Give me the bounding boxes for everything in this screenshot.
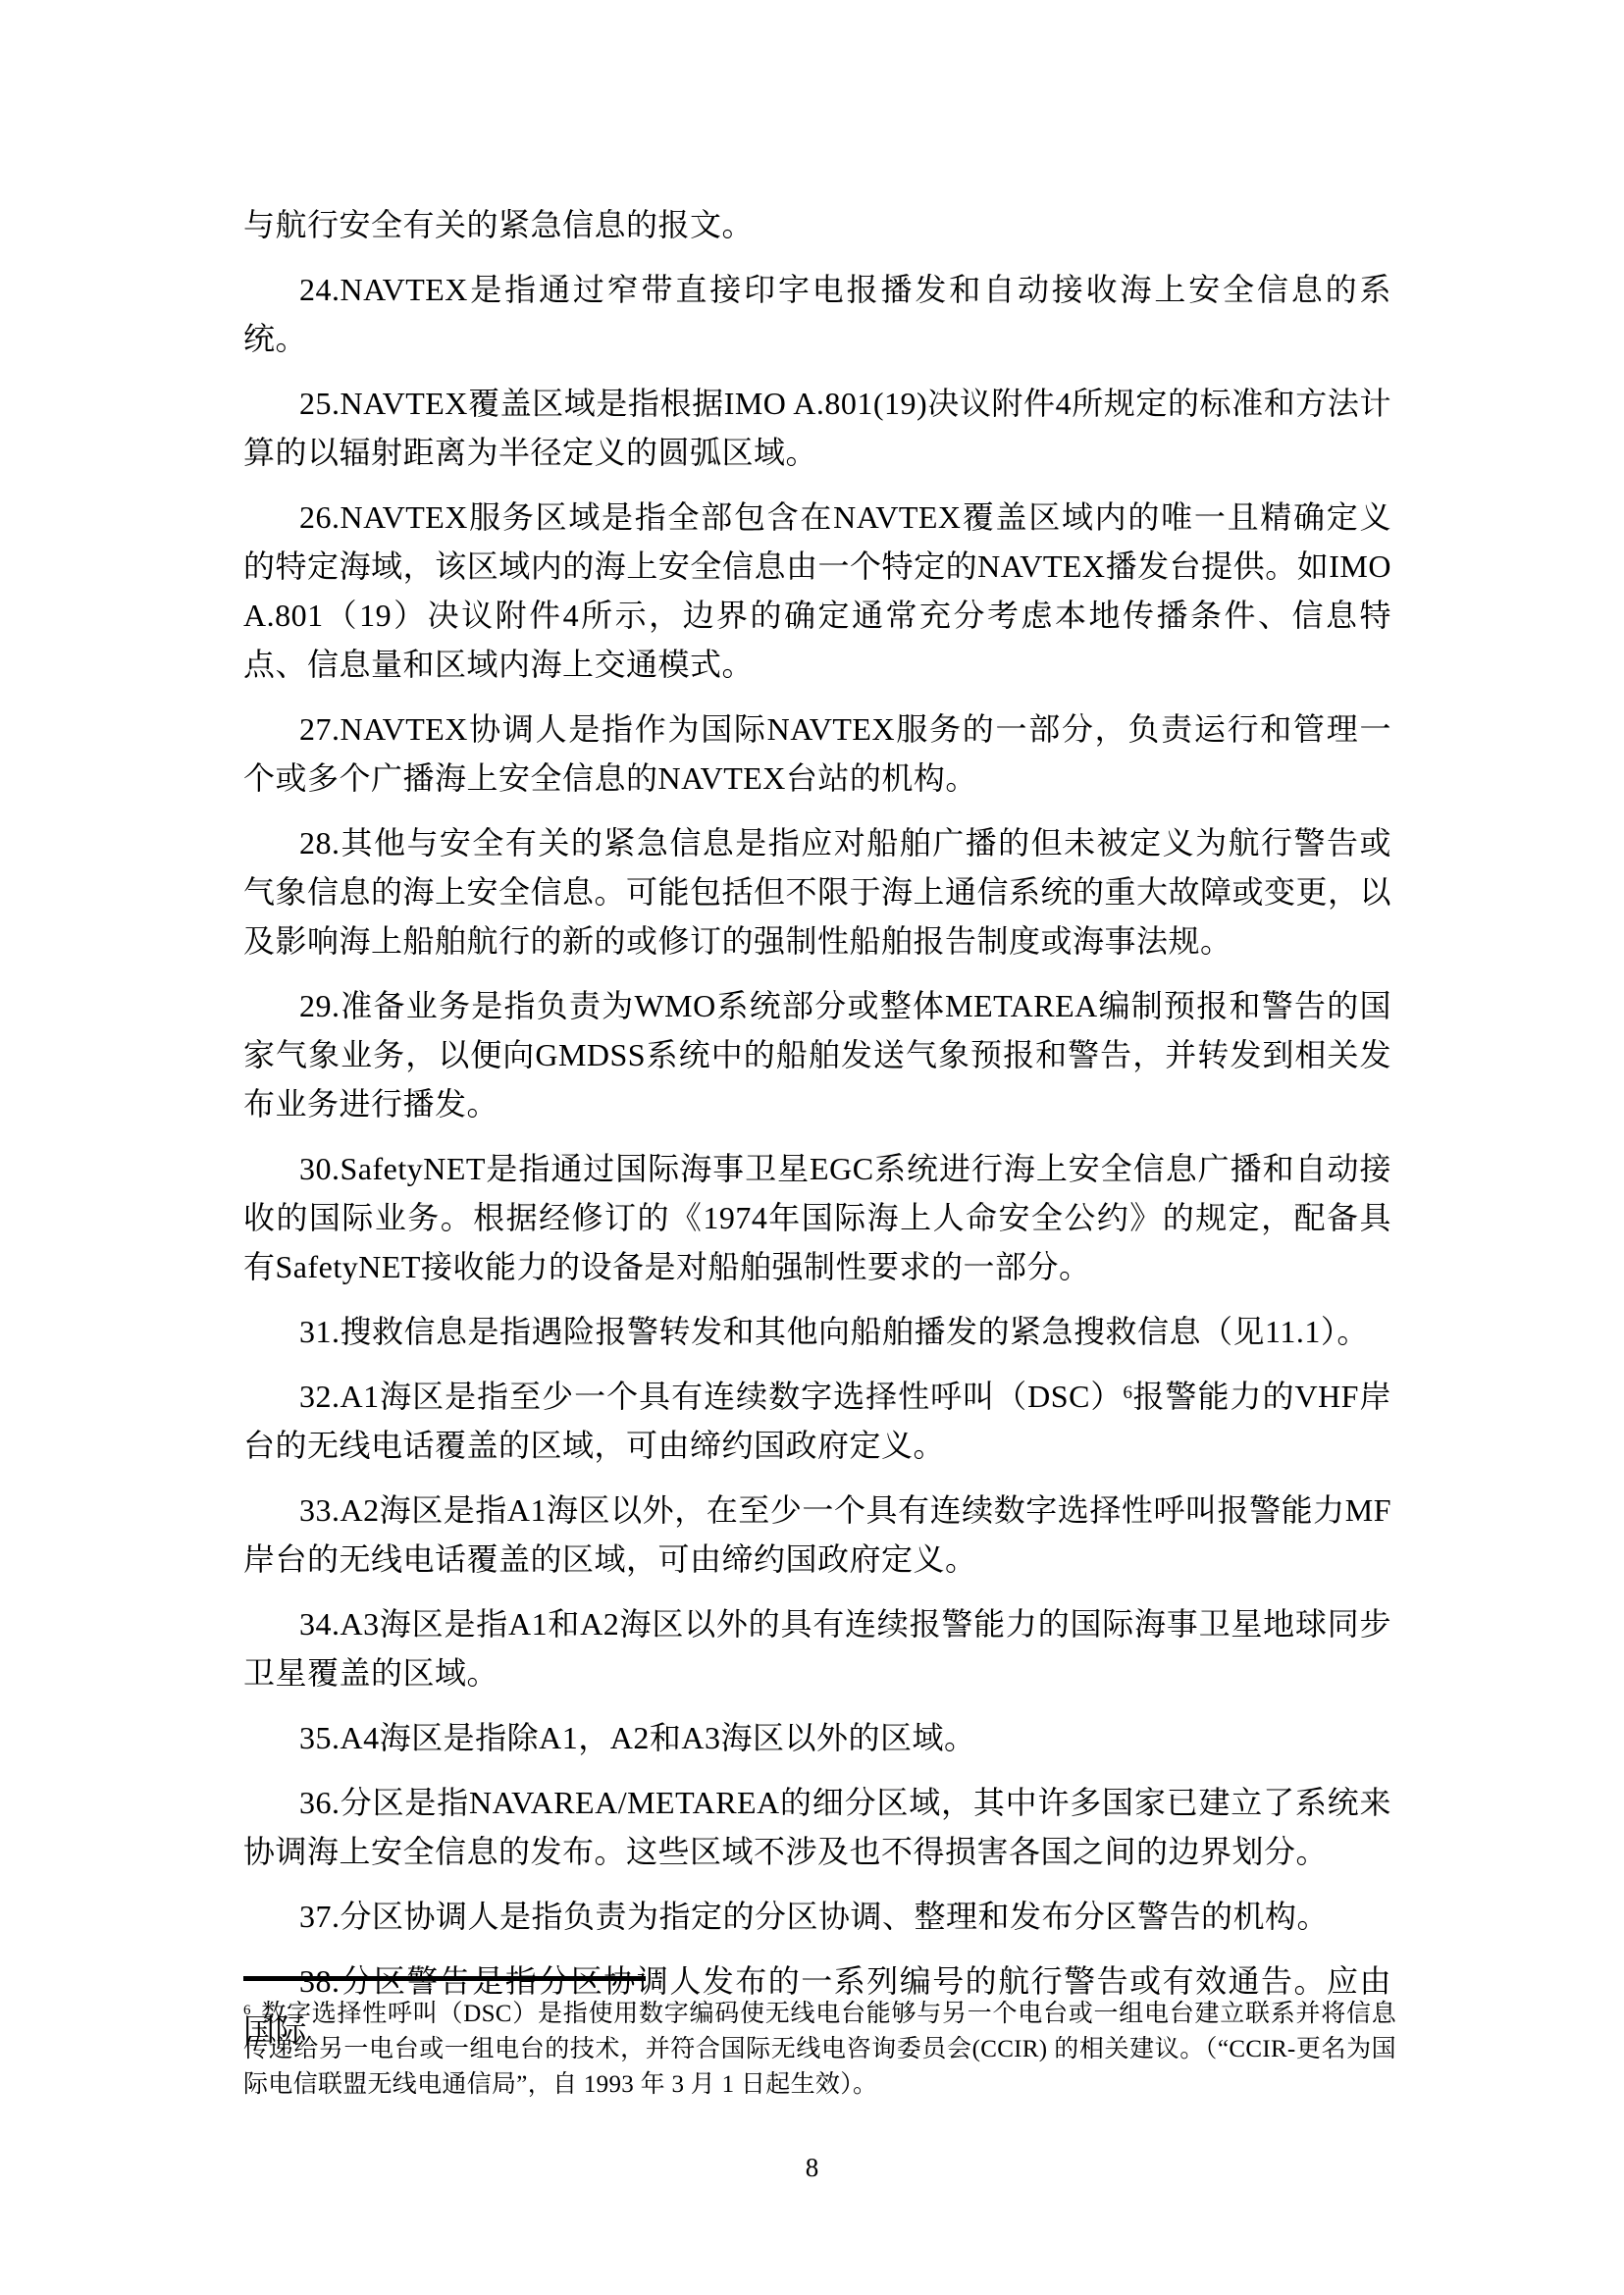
paragraph-text: 28.其他与安全有关的紧急信息是指应对船舶广播的但未被定义为航行警告或气象信息的… [243,825,1391,959]
paragraph-31: 31.搜救信息是指遇险报警转发和其他向船舶播发的紧急搜救信息（见11.1）。 [243,1307,1391,1356]
paragraph-29: 29.准备业务是指负责为WMO系统部分或整体METAREA编制预报和警告的国家气… [243,981,1391,1128]
paragraph-26: 26.NAVTEX服务区域是指全部包含在NAVTEX覆盖区域内的唯一且精确定义的… [243,493,1391,689]
paragraph-text: 37.分区协调人是指负责为指定的分区协调、整理和发布分区警告的机构。 [299,1899,1329,1934]
paragraph-text: 34.A3海区是指A1和A2海区以外的具有连续报警能力的国际海事卫星地球同步卫星… [243,1606,1391,1691]
paragraph-30: 30.SafetyNET是指通过国际海事卫星EGC系统进行海上安全信息广播和自动… [243,1144,1391,1291]
document-page: 与航行安全有关的紧急信息的报文。 24.NAVTEX是指通过窄带直接印字电报播发… [0,0,1624,2295]
footnote-6: 6数字选择性呼叫（DSC）是指使用数字编码使无线电台能够与另一个电台或一组电台建… [243,1997,1396,2103]
footnote-text: 数字选择性呼叫（DSC）是指使用数字编码使无线电台能够与另一个电台或一组电台建立… [243,2001,1396,2098]
footnote-marker: 6 [243,2003,251,2018]
paragraph-27: 27.NAVTEX协调人是指作为国际NAVTEX服务的一部分，负责运行和管理一个… [243,704,1391,803]
paragraph-text: 26.NAVTEX服务区域是指全部包含在NAVTEX覆盖区域内的唯一且精确定义的… [243,499,1391,682]
paragraph-text: 36.分区是指NAVAREA/METAREA的细分区域，其中许多国家已建立了系统… [243,1785,1391,1869]
paragraph-35: 35.A4海区是指除A1，A2和A3海区以外的区域。 [243,1713,1391,1762]
paragraph-text: 35.A4海区是指除A1，A2和A3海区以外的区域。 [299,1720,975,1755]
paragraph-25: 25.NAVTEX覆盖区域是指根据IMO A.801(19)决议附件4所规定的标… [243,379,1391,477]
paragraph-text: 29.准备业务是指负责为WMO系统部分或整体METAREA编制预报和警告的国家气… [243,988,1391,1121]
paragraph-24: 24.NAVTEX是指通过窄带直接印字电报播发和自动接收海上安全信息的系统。 [243,265,1391,363]
footnote-separator [243,1976,646,1981]
paragraph-text: 32.A1海区是指至少一个具有连续数字选择性呼叫（DSC） [299,1379,1123,1414]
paragraph-text: 24.NAVTEX是指通过窄带直接印字电报播发和自动接收海上安全信息的系统。 [243,272,1391,356]
continuation-paragraph: 与航行安全有关的紧急信息的报文。 [243,200,1391,249]
paragraph-37: 37.分区协调人是指负责为指定的分区协调、整理和发布分区警告的机构。 [243,1892,1391,1941]
paragraph-33: 33.A2海区是指A1海区以外，在至少一个具有连续数字选择性呼叫报警能力MF岸台… [243,1486,1391,1584]
footnote-section: 6数字选择性呼叫（DSC）是指使用数字编码使无线电台能够与另一个电台或一组电台建… [243,1976,1396,2103]
paragraph-text: 30.SafetyNET是指通过国际海事卫星EGC系统进行海上安全信息广播和自动… [243,1151,1391,1284]
page-number: 8 [0,2153,1624,2182]
paragraph-text: 33.A2海区是指A1海区以外，在至少一个具有连续数字选择性呼叫报警能力MF岸台… [243,1492,1391,1577]
paragraph-32: 32.A1海区是指至少一个具有连续数字选择性呼叫（DSC）6报警能力的VHF岸台… [243,1372,1391,1470]
paragraph-36: 36.分区是指NAVAREA/METAREA的细分区域，其中许多国家已建立了系统… [243,1778,1391,1876]
footnote-reference-6: 6 [1123,1382,1132,1403]
paragraph-text: 25.NAVTEX覆盖区域是指根据IMO A.801(19)决议附件4所规定的标… [243,386,1391,470]
document-body: 与航行安全有关的紧急信息的报文。 24.NAVTEX是指通过窄带直接印字电报播发… [243,200,1391,2070]
paragraph-34: 34.A3海区是指A1和A2海区以外的具有连续报警能力的国际海事卫星地球同步卫星… [243,1599,1391,1697]
paragraph-text: 27.NAVTEX协调人是指作为国际NAVTEX服务的一部分，负责运行和管理一个… [243,711,1391,796]
paragraph-text: 31.搜救信息是指遇险报警转发和其他向船舶播发的紧急搜救信息（见11.1）。 [299,1314,1369,1349]
paragraph-28: 28.其他与安全有关的紧急信息是指应对船舶广播的但未被定义为航行警告或气象信息的… [243,818,1391,965]
